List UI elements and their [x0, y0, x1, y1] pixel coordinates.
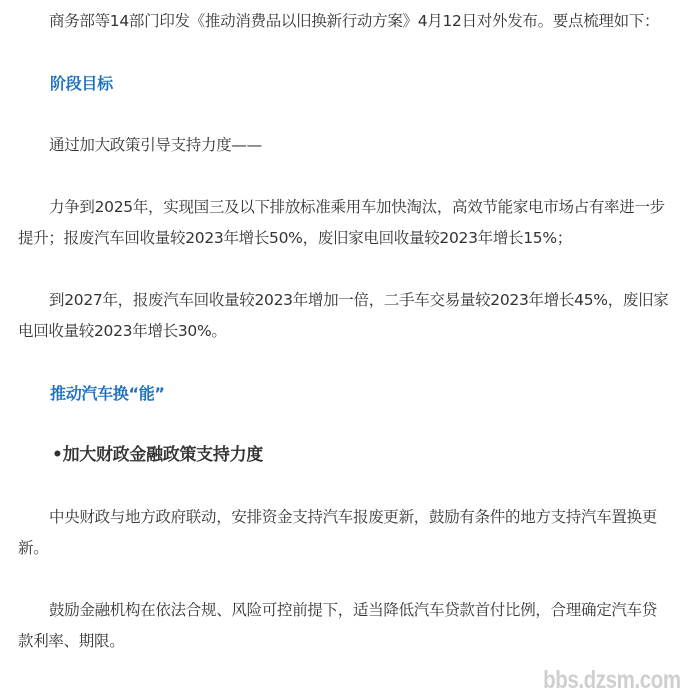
section-heading-auto-upgrade: 推动汽车换“能” — [18, 378, 670, 409]
subheading-fiscal-support: •加大财政金融政策支持力度 — [18, 440, 670, 471]
paragraph-goal-2025: 力争到2025年，实现国三及以下排放标准乘用车加快淘汰，高效节能家电市场占有率进… — [18, 192, 670, 254]
article-body: 商务部等14部门印发《推动消费品以旧换新行动方案》4月12日对外发布。要点梳理如… — [18, 6, 670, 688]
section-heading-stage-goals: 阶段目标 — [18, 68, 670, 99]
watermark: bbs.dzsm.com — [544, 665, 681, 695]
paragraph-central-finance: 中央财政与地方政府联动，安排资金支持汽车报废更新，鼓励有条件的地方支持汽车置换更… — [18, 502, 670, 564]
paragraph-financial-institutions: 鼓励金融机构在依法合规、风险可控前提下，适当降低汽车贷款首付比例，合理确定汽车贷… — [18, 595, 670, 657]
intro-paragraph: 商务部等14部门印发《推动消费品以旧换新行动方案》4月12日对外发布。要点梳理如… — [18, 6, 670, 37]
paragraph-goal-2027: 到2027年，报废汽车回收量较2023年增加一倍，二手车交易量较2023年增长4… — [18, 285, 670, 347]
paragraph-policy-guidance: 通过加大政策引导支持力度—— — [18, 130, 670, 161]
